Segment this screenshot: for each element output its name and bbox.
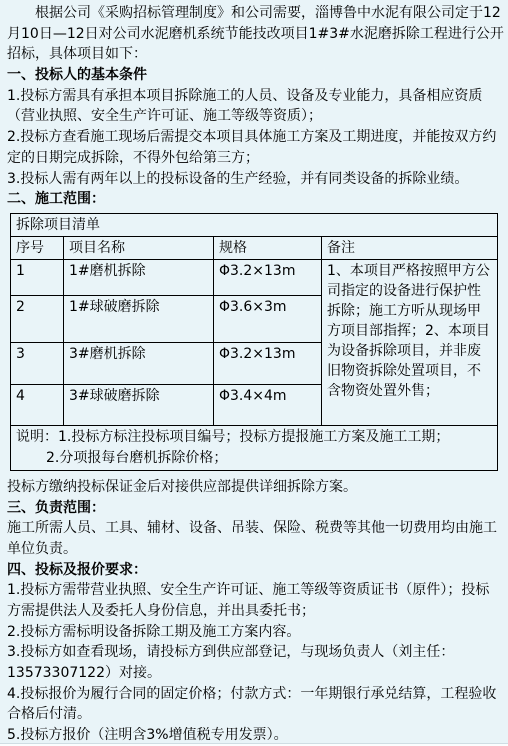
table-caption: 拆除项目清单: [11, 213, 498, 236]
section-4-item-line: 3.投标方如查看现场，请投标方到供应部登记，与现场负责人（刘主任：: [7, 642, 498, 663]
section-4-item-line: 4.投标报价为履行合同的固定价格；付款方式：一年期银行承兑结算，工程验收: [7, 684, 498, 705]
intro-line: 招标，具体项目如下：: [7, 44, 498, 65]
document-page: 根据公司《采购招标管理制度》和公司需要，淄博鲁中水泥有限公司定于12 月10日—…: [0, 0, 508, 746]
table-note-line-2: 2.分项报每台磨机拆除价格；: [16, 448, 492, 469]
section-1-item-line: 定的日期完成拆除，不得外包给第三方；: [7, 148, 498, 169]
demolition-items-table: 拆除项目清单 序号 项目名称 规格 备注 1 1#磨机拆除 Φ3.2×13m 1…: [10, 213, 498, 471]
intro-line: 根据公司《采购招标管理制度》和公司需要，淄博鲁中水泥有限公司定于12: [7, 3, 498, 24]
section-1-heading: 一、投标人的基本条件: [7, 65, 498, 86]
section-3-body-line: 施工所需人员、工具、辅材、设备、吊装、保险、税费等其他一切费用均由施工: [7, 518, 498, 539]
section-1-item-line: 2.投标方查看施工现场后需提交本项目具体施工方案及工期进度，并能按双方约: [7, 127, 498, 148]
cell-seq: 4: [11, 384, 64, 425]
section-4-item-line: 2.投标方需标明设备拆除工期及施工方案内容。: [7, 622, 498, 643]
cell-spec: Φ3.4×4m: [214, 384, 322, 425]
section-2-heading: 二、施工范围：: [7, 189, 498, 210]
cell-name: 3#球破磨拆除: [64, 384, 214, 425]
cell-spec: Φ3.2×13m: [214, 259, 322, 295]
table-row: 1 1#磨机拆除 Φ3.2×13m 1、本项目严格按照甲方公司指定的设备进行保护…: [11, 259, 498, 295]
intro-line: 月10日—12日对公司水泥磨机系统节能技改项目1#3#水泥磨拆除工程进行公开: [7, 24, 498, 45]
section-1-item-line: （营业执照、安全生产许可证、施工等级等资质）；: [7, 106, 498, 127]
col-header-spec: 规格: [214, 236, 322, 259]
table-header-row: 序号 项目名称 规格 备注: [11, 236, 498, 259]
section-1-item-line: 3.投标人需有两年以上的投标设备的生产经验，并有同类设备的拆除业绩。: [7, 169, 498, 190]
table-notes-cell: 说明：1.投标方标注投标项目编号；投标方提报施工方案及施工工期； 2.分项报每台…: [11, 425, 498, 470]
cell-name: 1#磨机拆除: [64, 259, 214, 295]
col-header-name: 项目名称: [64, 236, 214, 259]
section-4-item-line: 1.投标方需带营业执照、安全生产许可证、施工等级等资质证书（原件）；投标: [7, 580, 498, 601]
section-3-heading: 三、负责范围：: [7, 498, 498, 519]
section-4-item-line: 13573307122）对接。: [7, 663, 498, 684]
cell-name: 1#球破磨拆除: [64, 295, 214, 342]
section-4-heading: 四、投标及报价要求：: [7, 560, 498, 581]
section-1-item-line: 1.投标方需具有承担本项目拆除施工的人员、设备及专业能力，具备相应资质: [7, 86, 498, 107]
section-4-item-line: 合格后付清。: [7, 704, 498, 725]
document-content: 根据公司《采购招标管理制度》和公司需要，淄博鲁中水泥有限公司定于12 月10日—…: [0, 0, 508, 746]
col-header-seq: 序号: [11, 236, 64, 259]
section-4-item-line: 方需提供法人及委托人身份信息，并出具委托书；: [7, 601, 498, 622]
section-3-body-line: 单位负责。: [7, 539, 498, 560]
cell-seq: 3: [11, 342, 64, 384]
cell-seq: 2: [11, 295, 64, 342]
cell-seq: 1: [11, 259, 64, 295]
deposit-note-line: 投标方缴纳投标保证金后对接供应部提供详细拆除方案。: [7, 477, 498, 498]
cell-spec: Φ3.2×13m: [214, 342, 322, 384]
cell-name: 3#磨机拆除: [64, 342, 214, 384]
remark-cell: 1、本项目严格按照甲方公司指定的设备进行保护性拆除；施工方听从现场甲方项目部指挥…: [322, 259, 498, 425]
table-note-line-1: 说明：1.投标方标注投标项目编号；投标方提报施工方案及施工工期；: [16, 427, 492, 448]
col-header-remark: 备注: [322, 236, 498, 259]
cell-spec: Φ3.6×3m: [214, 295, 322, 342]
table-notes-row: 说明：1.投标方标注投标项目编号；投标方提报施工方案及施工工期； 2.分项报每台…: [11, 425, 498, 470]
table-caption-row: 拆除项目清单: [11, 213, 498, 236]
